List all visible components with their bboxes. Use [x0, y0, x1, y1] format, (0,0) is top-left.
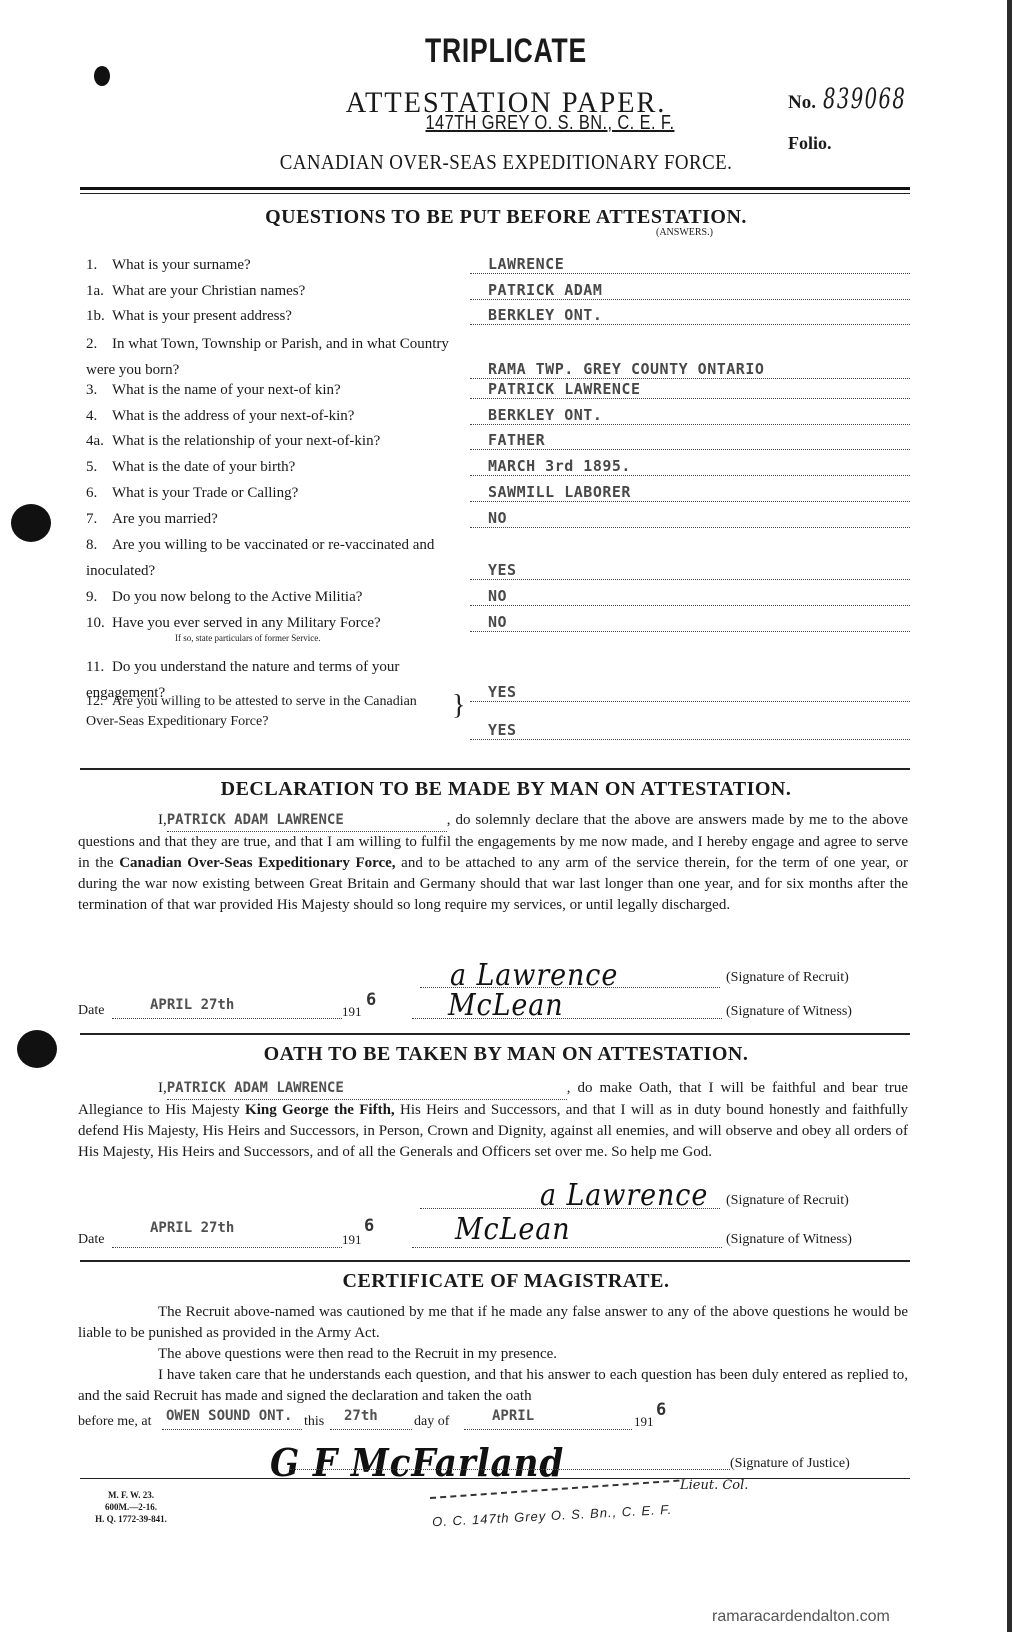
question-text: What is the address of your next-of-kin?	[112, 408, 354, 424]
question-3: 1b.What is your present address?	[86, 303, 466, 329]
unit-stamp: 147TH GREY O. S. BN., C. E. F.	[378, 112, 722, 135]
justice-signature-label: (Signature of Justice)	[730, 1456, 850, 1472]
day-line	[330, 1429, 412, 1430]
signature-line	[420, 1208, 720, 1209]
answer-15[interactable]: YES	[488, 721, 517, 739]
divider	[80, 768, 910, 770]
answer-line	[470, 378, 910, 379]
question-text: What is your present address?	[112, 308, 292, 324]
question-5: 3.What is the name of your next-of kin?	[86, 377, 466, 403]
question-text: What is your surname?	[112, 257, 251, 273]
declaration-heading: DECLARATION TO BE MADE BY MAN ON ATTESTA…	[0, 778, 1012, 801]
form-code-line: M. F. W. 23.	[86, 1489, 176, 1501]
question-text: What is the date of your birth?	[112, 459, 295, 475]
divider	[80, 1033, 910, 1035]
question-number: 1b.	[86, 303, 112, 329]
divider	[80, 1260, 910, 1262]
answer-4[interactable]: RAMA TWP. GREY COUNTY ONTARIO	[488, 360, 764, 378]
answer-10[interactable]: NO	[488, 509, 507, 527]
divider	[80, 1478, 910, 1479]
question-text: Are you willing to be vaccinated or re-v…	[86, 537, 434, 579]
signature-line	[290, 1469, 730, 1470]
answer-5[interactable]: PATRICK LAWRENCE	[488, 380, 641, 398]
question-text: Have you ever served in any Military For…	[112, 615, 381, 631]
answer-line	[470, 631, 910, 632]
question-number: 3.	[86, 377, 112, 403]
justice-rank: Lieut. Col.	[680, 1478, 748, 1493]
answer-line	[470, 501, 910, 502]
question-11: 8.Are you willing to be vaccinated or re…	[86, 532, 466, 584]
answer-line	[470, 701, 910, 702]
ink-blot	[94, 66, 110, 86]
copy-type: TRIPLICATE	[111, 32, 900, 71]
date-label: Date	[78, 1003, 104, 1019]
attestation-place[interactable]: OWEN SOUND ONT.	[166, 1408, 292, 1424]
answer-line	[470, 299, 910, 300]
date-line	[112, 1018, 342, 1019]
question-number: 4a.	[86, 428, 112, 454]
magistrate-paragraph-1: The Recruit above-named was cautioned by…	[78, 1302, 908, 1344]
answer-line	[470, 605, 910, 606]
signature-line	[412, 1018, 722, 1019]
question-number: 8.	[86, 532, 112, 558]
answer-8[interactable]: MARCH 3rd 1895.	[488, 457, 631, 475]
question-7: 4a.What is the relationship of your next…	[86, 428, 466, 454]
place-line	[162, 1429, 302, 1430]
magistrate-paragraph-3: I have taken care that he understands ea…	[78, 1365, 908, 1407]
scan-edge	[1007, 0, 1012, 1632]
question-text: What is the name of your next-of kin?	[112, 382, 341, 398]
oath-witness-signature-label: (Signature of Witness)	[726, 1232, 852, 1248]
year-suffix[interactable]: 6	[366, 990, 376, 1010]
question-2: 1a.What are your Christian names?	[86, 278, 466, 304]
year-suffix[interactable]: 6	[364, 1216, 374, 1236]
question-number: 1.	[86, 252, 112, 278]
oath-text: I,PATRICK ADAM LAWRENCE, do make Oath, t…	[78, 1078, 908, 1163]
answer-3[interactable]: BERKLEY ONT.	[488, 306, 602, 324]
question-9: 6.What is your Trade or Calling?	[86, 480, 466, 506]
regimental-number: 839068	[823, 82, 906, 115]
question-number: 2.	[86, 331, 112, 357]
answer-7[interactable]: FATHER	[488, 431, 545, 449]
oath-prefix: I,	[158, 1080, 167, 1096]
answer-line	[470, 398, 910, 399]
oath-witness-signature[interactable]: McLean	[455, 1212, 571, 1247]
magistrate-text: I have taken care that he understands ea…	[78, 1367, 908, 1404]
year-prefix: 191	[634, 1414, 654, 1430]
question-text: What is the relationship of your next-of…	[112, 433, 380, 449]
magistrate-text: The above questions were then read to th…	[158, 1346, 557, 1362]
before-me-label: before me, at	[78, 1414, 151, 1430]
answer-14[interactable]: YES	[488, 683, 517, 701]
declaration-force: Canadian Over-Seas Expeditionary Force,	[119, 855, 395, 871]
watermark: ramaracardendalton.com	[712, 1608, 890, 1626]
declaration-text: I,PATRICK ADAM LAWRENCE, do solemnly dec…	[78, 810, 908, 916]
question-number: 7.	[86, 506, 112, 532]
witness-signature-label: (Signature of Witness)	[726, 1004, 852, 1020]
question-number: 9.	[86, 584, 112, 610]
question-4: 2.In what Town, Township or Parish, and …	[86, 331, 466, 383]
oath-date[interactable]: APRIL 27th	[150, 1220, 234, 1236]
year-prefix: 191	[342, 1232, 362, 1248]
answer-1[interactable]: LAWRENCE	[488, 255, 564, 273]
answers-label: (ANSWERS.)	[656, 227, 713, 238]
declaration-date[interactable]: APRIL 27th	[150, 997, 234, 1013]
form-code: M. F. W. 23. 600M.—2-16. H. Q. 1772-39-8…	[86, 1489, 176, 1525]
question-number: 12.	[86, 692, 112, 712]
answer-line	[470, 449, 910, 450]
this-label: this	[304, 1414, 324, 1430]
question-text: Are you willing to be attested to serve …	[86, 694, 417, 729]
question-10: 7.Are you married?	[86, 506, 466, 532]
officer-stamp: O. C. 147th Grey O. S. Bn., C. E. F.	[432, 1502, 673, 1530]
question-text: What are your Christian names?	[112, 283, 305, 299]
divider	[80, 193, 910, 194]
question-15: 12.Are you willing to be attested to ser…	[86, 692, 446, 732]
question-number: 11.	[86, 654, 112, 680]
form-code-line: H. Q. 1772-39-841.	[86, 1513, 176, 1525]
number-label: No.	[788, 92, 816, 114]
attestation-day[interactable]: 27th	[344, 1408, 378, 1424]
answer-2[interactable]: PATRICK ADAM	[488, 281, 602, 299]
magistrate-paragraph-2: The above questions were then read to th…	[78, 1344, 908, 1365]
day-of-label: day of	[414, 1414, 449, 1430]
divider	[80, 187, 910, 190]
answer-12[interactable]: NO	[488, 587, 507, 605]
question-6: 4.What is the address of your next-of-ki…	[86, 403, 466, 429]
month-line	[464, 1429, 632, 1430]
answer-9[interactable]: SAWMILL LABORER	[488, 483, 631, 501]
question-number: 5.	[86, 454, 112, 480]
question-note: If so, state particulars of former Servi…	[175, 633, 320, 643]
magistrate-text: The Recruit above-named was cautioned by…	[78, 1304, 908, 1341]
question-number: 10.	[86, 610, 112, 636]
signature-line	[412, 1247, 722, 1248]
question-text: Do you now belong to the Active Militia?	[112, 589, 362, 605]
answer-line	[470, 527, 910, 528]
attestation-month[interactable]: APRIL	[492, 1408, 534, 1424]
answer-line	[470, 739, 910, 740]
year-suffix[interactable]: 6	[656, 1400, 666, 1420]
question-number: 1a.	[86, 278, 112, 304]
answer-line	[470, 324, 910, 325]
date-label: Date	[78, 1232, 104, 1248]
oath-heading: OATH TO BE TAKEN BY MAN ON ATTESTATION.	[0, 1043, 1012, 1066]
question-text: In what Town, Township or Parish, and in…	[86, 336, 449, 378]
punch-hole-top	[11, 504, 51, 542]
recruit-signature-label: (Signature of Recruit)	[726, 970, 849, 986]
brace-glyph: }	[452, 690, 465, 722]
question-number: 4.	[86, 403, 112, 429]
form-code-line: 600M.—2-16.	[86, 1501, 176, 1513]
oath-name[interactable]: PATRICK ADAM LAWRENCE	[167, 1080, 344, 1096]
oath-king: King George the Fifth,	[245, 1102, 395, 1118]
question-text: What is your Trade or Calling?	[112, 485, 298, 501]
answer-line	[470, 424, 910, 425]
magistrate-heading: CERTIFICATE OF MAGISTRATE.	[0, 1270, 1012, 1293]
declarant-name[interactable]: PATRICK ADAM LAWRENCE	[167, 812, 344, 828]
oath-recruit-signature-label: (Signature of Recruit)	[726, 1193, 849, 1209]
answer-line	[470, 475, 910, 476]
question-12: 9.Do you now belong to the Active Militi…	[86, 584, 466, 610]
folio-label: Folio.	[788, 133, 832, 154]
answer-line	[470, 273, 910, 274]
answer-11[interactable]: YES	[488, 561, 517, 579]
question-8: 5.What is the date of your birth?	[86, 454, 466, 480]
question-number: 6.	[86, 480, 112, 506]
question-1: 1.What is your surname?	[86, 252, 466, 278]
declaration-prefix: I,	[158, 812, 167, 828]
date-line	[112, 1247, 342, 1248]
answer-6[interactable]: BERKLEY ONT.	[488, 406, 602, 424]
answer-13[interactable]: NO	[488, 613, 507, 631]
questions-heading: QUESTIONS TO BE PUT BEFORE ATTESTATION.	[0, 206, 1012, 229]
answer-line	[470, 579, 910, 580]
question-text: Are you married?	[112, 511, 218, 527]
year-prefix: 191	[342, 1004, 362, 1020]
